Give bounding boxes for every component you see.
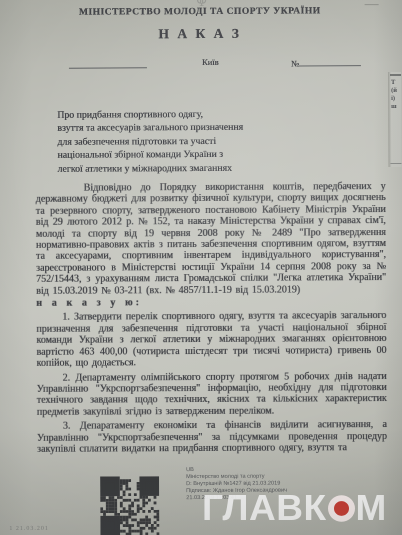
qr-code-icon xyxy=(100,476,159,535)
subject-line: національної збірної команди України з xyxy=(57,148,243,162)
number-blank-line xyxy=(299,56,361,66)
glavcom-watermark: ГЛАВК М xyxy=(202,487,387,528)
subject-line: для забезпечення підготовки та участі xyxy=(57,135,243,149)
ministry-title: МІНІСТЕРСТВО МОЛОДІ ТА СПОРТУ УКРАЇНИ xyxy=(0,6,401,18)
subject-line: Про придбання спортивного одягу, xyxy=(57,108,243,122)
sliver-fragment: Т xyxy=(391,79,397,87)
preamble-paragraph: Відповідно до Порядку використання кошті… xyxy=(36,181,387,297)
order-item-2: 2. Департаменту олімпійського спорту про… xyxy=(37,371,387,418)
watermark-text-left: ГЛАВК xyxy=(202,487,327,528)
date-blank-line xyxy=(69,57,147,68)
order-item-1: 1. Затвердити перелік спортивного одягу,… xyxy=(36,310,386,369)
sliver-fragment: ш xyxy=(391,103,397,111)
sliver-rule xyxy=(390,163,401,164)
sliver-rule xyxy=(390,74,401,76)
sliver-fragment: (й xyxy=(391,87,397,95)
photo-edge-artifact xyxy=(365,4,379,5)
trident-emblem-icon xyxy=(196,0,208,6)
sliver-text-fragments: Т (й і) ш xyxy=(391,79,397,111)
decree-word: н а к а з у ю: xyxy=(36,296,386,309)
order-title: Н А К А З xyxy=(0,25,401,43)
watermark-text-right: М xyxy=(356,487,387,528)
city-label: Київ xyxy=(202,57,219,67)
red-dot-o-icon xyxy=(328,495,355,521)
subject-line: легкої атлетики у міжнародних змаганнях xyxy=(57,161,243,175)
order-subject: Про придбання спортивного одягу, взуття … xyxy=(57,108,243,176)
number-sign: № xyxy=(291,58,299,68)
document-photo: { "colors": { "paper": "#c4c5be", "ink":… xyxy=(0,0,402,535)
order-body: Відповідно до Порядку використання кошті… xyxy=(36,181,387,455)
order-number-group: № xyxy=(291,56,361,68)
subject-line: взуття та аксесуарів загального призначе… xyxy=(57,121,243,135)
cropped-footer-text: 1 21.03.201 xyxy=(9,526,49,532)
second-sheet-sliver: Т (й і) ш xyxy=(388,72,401,167)
sliver-fragment: і) xyxy=(391,95,397,103)
order-page: МІНІСТЕРСТВО МОЛОДІ ТА СПОРТУ УКРАЇНИ Н … xyxy=(0,0,402,535)
order-item-3: 3. Депаратаменту економіки та фінансів в… xyxy=(37,419,387,455)
